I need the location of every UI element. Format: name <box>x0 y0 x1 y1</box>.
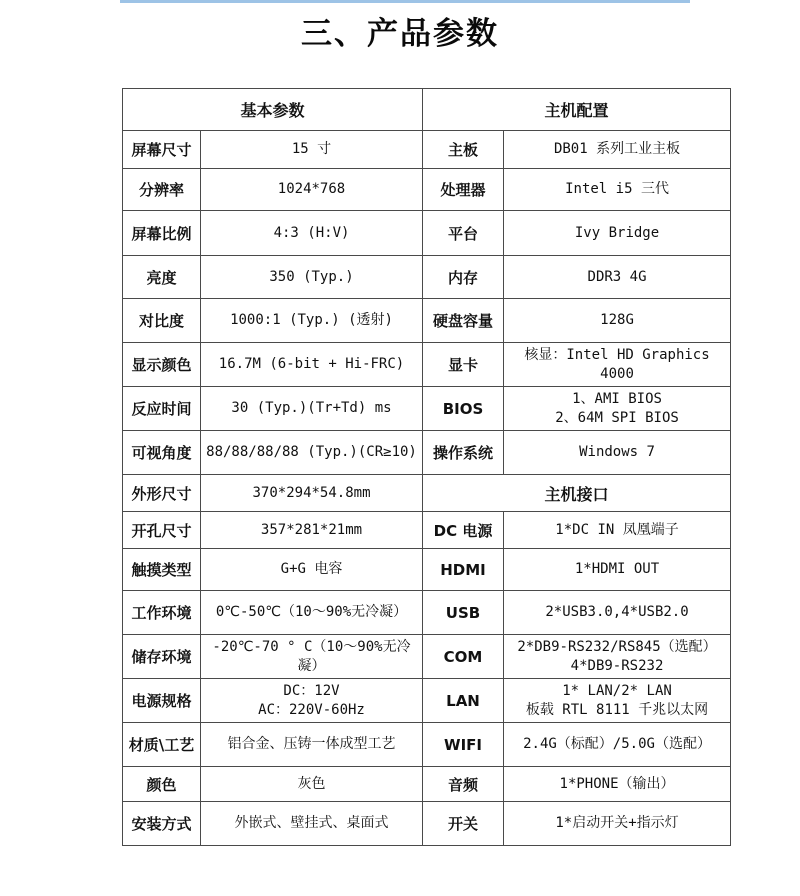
row-label-left: 屏幕比例 <box>123 211 201 256</box>
row-label-left: 分辨率 <box>123 169 201 211</box>
table-row-mounting: 安装方式 外嵌式、壁挂式、桌面式 开关 1*启动开关+指示灯 <box>123 802 731 846</box>
table-row-screen-size: 屏幕尺寸 15 寸 主板 DB01 系列工业主板 <box>123 131 731 169</box>
row-label-right: WIFI <box>423 723 504 767</box>
page-title: 三、产品参数 <box>0 8 800 53</box>
row-label-left: 亮度 <box>123 256 201 299</box>
row-label-right: 音频 <box>423 767 504 802</box>
row-value-right: 1、AMI BIOS 2、64M SPI BIOS <box>504 387 731 431</box>
row-value-left: 1024*768 <box>201 169 423 211</box>
row-label-right: 主板 <box>423 131 504 169</box>
row-label-right: 硬盘容量 <box>423 299 504 343</box>
row-value-right: 1* LAN/2* LAN 板载 RTL 8111 千兆以太网 <box>504 679 731 723</box>
row-value-left: 88/88/88/88 (Typ.)(CR≥10) <box>201 431 423 475</box>
row-value-left: 16.7M (6-bit + Hi-FRC) <box>201 343 423 387</box>
header-host-config: 主机配置 <box>423 89 731 131</box>
row-value-right: 1*启动开关+指示灯 <box>504 802 731 846</box>
row-value-left: 4:3 (H:V) <box>201 211 423 256</box>
row-value-right: Intel i5 三代 <box>504 169 731 211</box>
table-row-resolution: 分辨率 1024*768 处理器 Intel i5 三代 <box>123 169 731 211</box>
product-spec-table: 基本参数 主机配置 屏幕尺寸 15 寸 主板 DB01 系列工业主板 分辨率 1… <box>122 88 731 846</box>
table-row-material-craft: 材质\工艺 铝合金、压铸一体成型工艺 WIFI 2.4G（标配）/5.0G（选配… <box>123 723 731 767</box>
row-value-left: 0℃-50℃（10～90%无冷凝） <box>201 591 423 635</box>
table-row-touch-type: 触摸类型 G+G 电容 HDMI 1*HDMI OUT <box>123 549 731 591</box>
row-value-left: 1000:1 (Typ.) (透射) <box>201 299 423 343</box>
row-value-left: 铝合金、压铸一体成型工艺 <box>201 723 423 767</box>
row-label-right: 处理器 <box>423 169 504 211</box>
row-label-right: 平台 <box>423 211 504 256</box>
row-value-right: DDR3 4G <box>504 256 731 299</box>
row-label-left: 反应时间 <box>123 387 201 431</box>
row-label-left: 安装方式 <box>123 802 201 846</box>
table-row-outer-dimensions: 外形尺寸 370*294*54.8mm 主机接口 <box>123 475 731 512</box>
row-value-right: 1*HDMI OUT <box>504 549 731 591</box>
row-value-right: 核显：Intel HD Graphics 4000 <box>504 343 731 387</box>
row-label-left: 触摸类型 <box>123 549 201 591</box>
row-value-left: 357*281*21mm <box>201 512 423 549</box>
row-value-right: 2*DB9-RS232/RS845（选配） 4*DB9-RS232 <box>504 635 731 679</box>
row-value-left: 外嵌式、壁挂式、桌面式 <box>201 802 423 846</box>
row-value-right: 1*DC IN 凤凰端子 <box>504 512 731 549</box>
row-value-right: Ivy Bridge <box>504 211 731 256</box>
row-label-right: 内存 <box>423 256 504 299</box>
row-label-right: COM <box>423 635 504 679</box>
row-label-left: 可视角度 <box>123 431 201 475</box>
table-row-contrast: 对比度 1000:1 (Typ.) (透射) 硬盘容量 128G <box>123 299 731 343</box>
row-label-left: 颜色 <box>123 767 201 802</box>
row-label-left: 开孔尺寸 <box>123 512 201 549</box>
row-value-right: 128G <box>504 299 731 343</box>
row-value-right: Windows 7 <box>504 431 731 475</box>
row-value-left: 370*294*54.8mm <box>201 475 423 512</box>
table-header-row: 基本参数 主机配置 <box>123 89 731 131</box>
table-row-power-spec: 电源规格 DC：12V AC：220V-60Hz LAN 1* LAN/2* L… <box>123 679 731 723</box>
row-value-right: 2.4G（标配）/5.0G（选配） <box>504 723 731 767</box>
row-label-left: 显示颜色 <box>123 343 201 387</box>
row-value-left: 30 (Typ.)(Tr+Td) ms <box>201 387 423 431</box>
table-row-viewing-angle: 可视角度 88/88/88/88 (Typ.)(CR≥10) 操作系统 Wind… <box>123 431 731 475</box>
header-basic-params: 基本参数 <box>123 89 423 131</box>
table-row-storage-environment: 储存环境 -20℃-70 ° C（10～90%无冷凝） COM 2*DB9-RS… <box>123 635 731 679</box>
section-header-host-interfaces: 主机接口 <box>423 475 731 512</box>
row-label-right: LAN <box>423 679 504 723</box>
row-label-left: 对比度 <box>123 299 201 343</box>
row-label-left: 工作环境 <box>123 591 201 635</box>
row-value-right: DB01 系列工业主板 <box>504 131 731 169</box>
row-label-left: 材质\工艺 <box>123 723 201 767</box>
row-value-left: 灰色 <box>201 767 423 802</box>
row-label-left: 电源规格 <box>123 679 201 723</box>
table-row-display-colors: 显示颜色 16.7M (6-bit + Hi-FRC) 显卡 核显：Intel … <box>123 343 731 387</box>
row-value-left: -20℃-70 ° C（10～90%无冷凝） <box>201 635 423 679</box>
table-row-operating-environment: 工作环境 0℃-50℃（10～90%无冷凝） USB 2*USB3.0,4*US… <box>123 591 731 635</box>
top-accent-line <box>120 0 690 3</box>
table-row-response-time: 反应时间 30 (Typ.)(Tr+Td) ms BIOS 1、AMI BIOS… <box>123 387 731 431</box>
row-label-left: 外形尺寸 <box>123 475 201 512</box>
row-label-right: USB <box>423 591 504 635</box>
row-value-left: G+G 电容 <box>201 549 423 591</box>
row-value-right: 1*PHONE（输出） <box>504 767 731 802</box>
row-label-right: HDMI <box>423 549 504 591</box>
row-value-left: DC：12V AC：220V-60Hz <box>201 679 423 723</box>
row-label-right: DC 电源 <box>423 512 504 549</box>
row-label-left: 屏幕尺寸 <box>123 131 201 169</box>
row-label-right: BIOS <box>423 387 504 431</box>
row-label-right: 操作系统 <box>423 431 504 475</box>
row-value-right: 2*USB3.0,4*USB2.0 <box>504 591 731 635</box>
row-label-left: 储存环境 <box>123 635 201 679</box>
table-row-aspect-ratio: 屏幕比例 4:3 (H:V) 平台 Ivy Bridge <box>123 211 731 256</box>
table-row-color: 颜色 灰色 音频 1*PHONE（输出） <box>123 767 731 802</box>
row-label-right: 显卡 <box>423 343 504 387</box>
table-row-cutout-dimensions: 开孔尺寸 357*281*21mm DC 电源 1*DC IN 凤凰端子 <box>123 512 731 549</box>
row-value-left: 15 寸 <box>201 131 423 169</box>
table-row-brightness: 亮度 350 (Typ.) 内存 DDR3 4G <box>123 256 731 299</box>
row-value-left: 350 (Typ.) <box>201 256 423 299</box>
row-label-right: 开关 <box>423 802 504 846</box>
